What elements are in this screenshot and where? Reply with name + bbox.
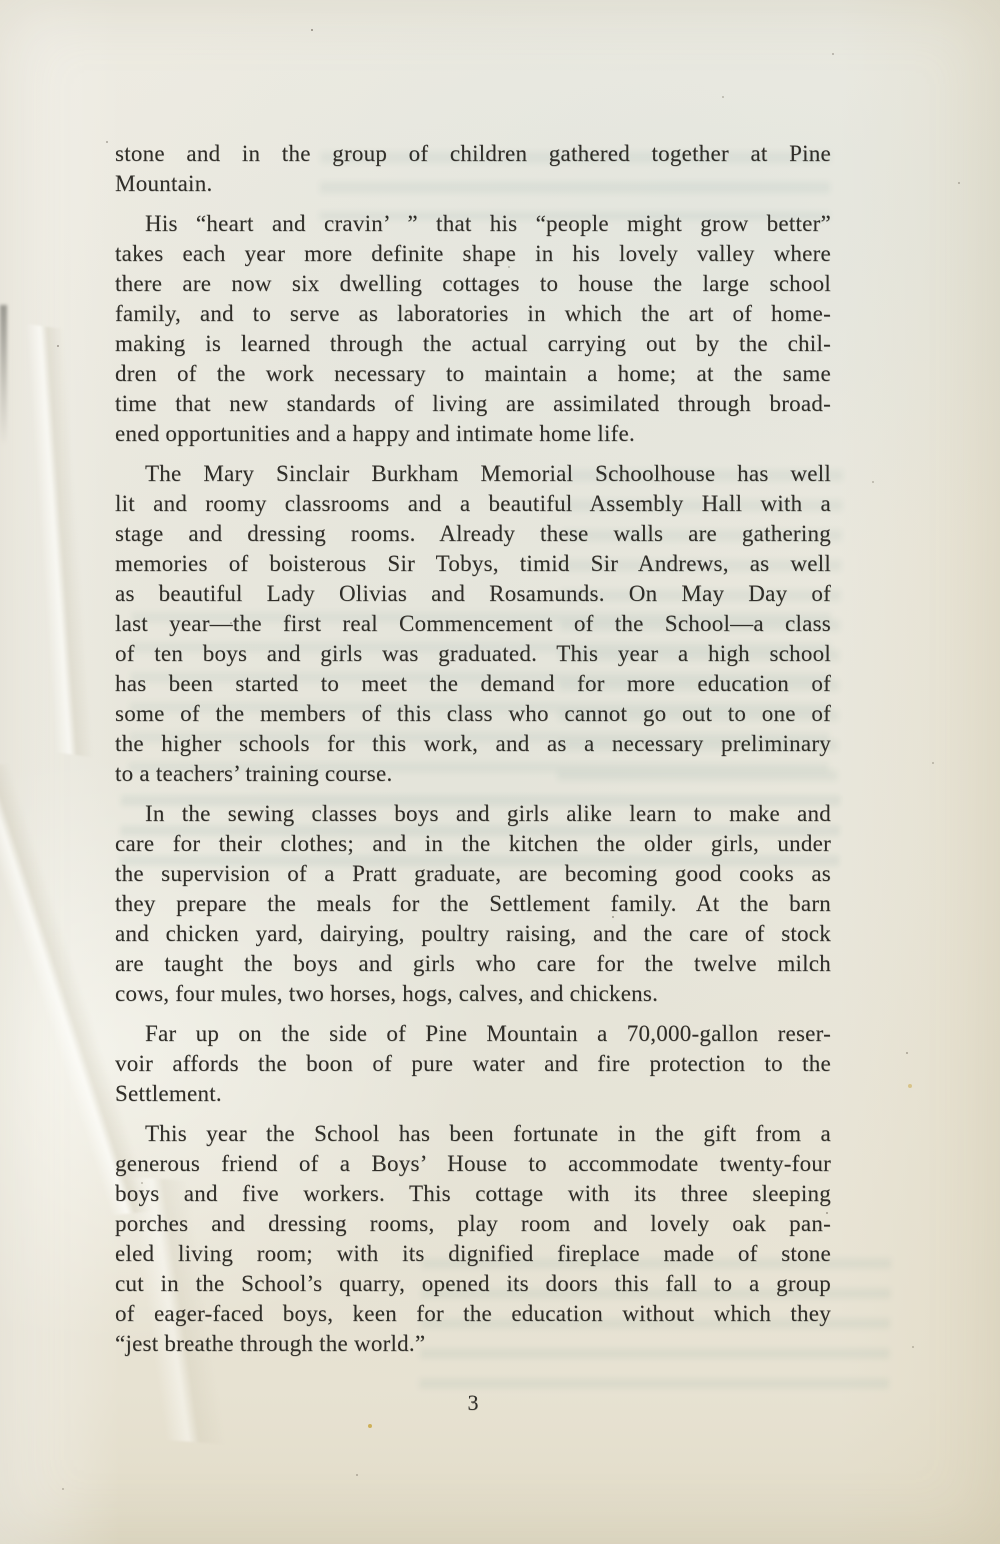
text-line: cut in the School’s quarry, opened its d… (115, 1269, 831, 1299)
text-line: and chicken yard, dairying, poultry rais… (115, 919, 831, 949)
text-line: the supervision of a Pratt graduate, are… (115, 859, 831, 889)
text-line: Far up on the side of Pine Mountain a 70… (115, 1019, 831, 1049)
text-line: The Mary Sinclair Burkham Memorial Schoo… (115, 459, 831, 489)
text-line: ened opportunities and a happy and intim… (115, 419, 831, 449)
text-line: stage and dressing rooms. Already these … (115, 519, 831, 549)
text-line: care for their clothes; and in the kitch… (115, 829, 831, 859)
text-line: time that new standards of living are as… (115, 389, 831, 419)
text-line: are taught the boys and girls who care f… (115, 949, 831, 979)
text-line: Mountain. (115, 169, 831, 199)
paper-speck (368, 1424, 372, 1428)
text-line: dren of the work necessary to maintain a… (115, 359, 831, 389)
text-line: “jest breathe through the world.” (115, 1329, 831, 1359)
paragraph: In the sewing classes boys and girls ali… (115, 799, 831, 1009)
text-line: of eager-faced boys, keen for the educat… (115, 1299, 831, 1329)
paragraph: His “heart and cravin’ ” that his “peopl… (115, 209, 831, 449)
paragraph: Far up on the side of Pine Mountain a 70… (115, 1019, 831, 1109)
text-line: generous friend of a Boys’ House to acco… (115, 1149, 831, 1179)
text-line: some of the members of this class who ca… (115, 699, 831, 729)
paper-specks (0, 0, 2, 2)
text-line: This year the School has been fortunate … (115, 1119, 831, 1149)
text-line: they prepare the meals for the Settlemen… (115, 889, 831, 919)
text-line: to a teachers’ training course. (115, 759, 831, 789)
edge-smudge (0, 305, 7, 445)
text-line: eled living room; with its dignified fir… (115, 1239, 831, 1269)
text-line: His “heart and cravin’ ” that his “peopl… (115, 209, 831, 239)
page-text-block: stone and in the group of children gathe… (115, 139, 831, 1359)
text-line: cows, four mules, two horses, hogs, calv… (115, 979, 831, 1009)
text-line: voir affords the boon of pure water and … (115, 1049, 831, 1079)
text-line: takes each year more definite shape in h… (115, 239, 831, 269)
text-line: stone and in the group of children gathe… (115, 139, 831, 169)
text-line: Settlement. (115, 1079, 831, 1109)
text-line: last year—the first real Commencement of… (115, 609, 831, 639)
text-line: family, and to serve as laboratories in … (115, 299, 831, 329)
text-line: In the sewing classes boys and girls ali… (115, 799, 831, 829)
text-line: of ten boys and girls was graduated. Thi… (115, 639, 831, 669)
text-line: porches and dressing rooms, play room an… (115, 1209, 831, 1239)
paragraph: stone and in the group of children gathe… (115, 139, 831, 199)
text-line: as beautiful Lady Olivias and Rosamunds.… (115, 579, 831, 609)
text-line: there are now six dwelling cottages to h… (115, 269, 831, 299)
text-line: making is learned through the actual car… (115, 329, 831, 359)
paragraph: The Mary Sinclair Burkham Memorial Schoo… (115, 459, 831, 789)
text-line: boys and five workers. This cottage with… (115, 1179, 831, 1209)
text-line: has been started to meet the demand for … (115, 669, 831, 699)
text-line: lit and roomy classrooms and a beautiful… (115, 489, 831, 519)
text-line: the higher schools for this work, and as… (115, 729, 831, 759)
page-number: 3 (115, 1390, 831, 1416)
text-line: memories of boisterous Sir Tobys, timid … (115, 549, 831, 579)
paragraph: This year the School has been fortunate … (115, 1119, 831, 1359)
scanned-page: stone and in the group of children gathe… (0, 0, 1000, 1544)
